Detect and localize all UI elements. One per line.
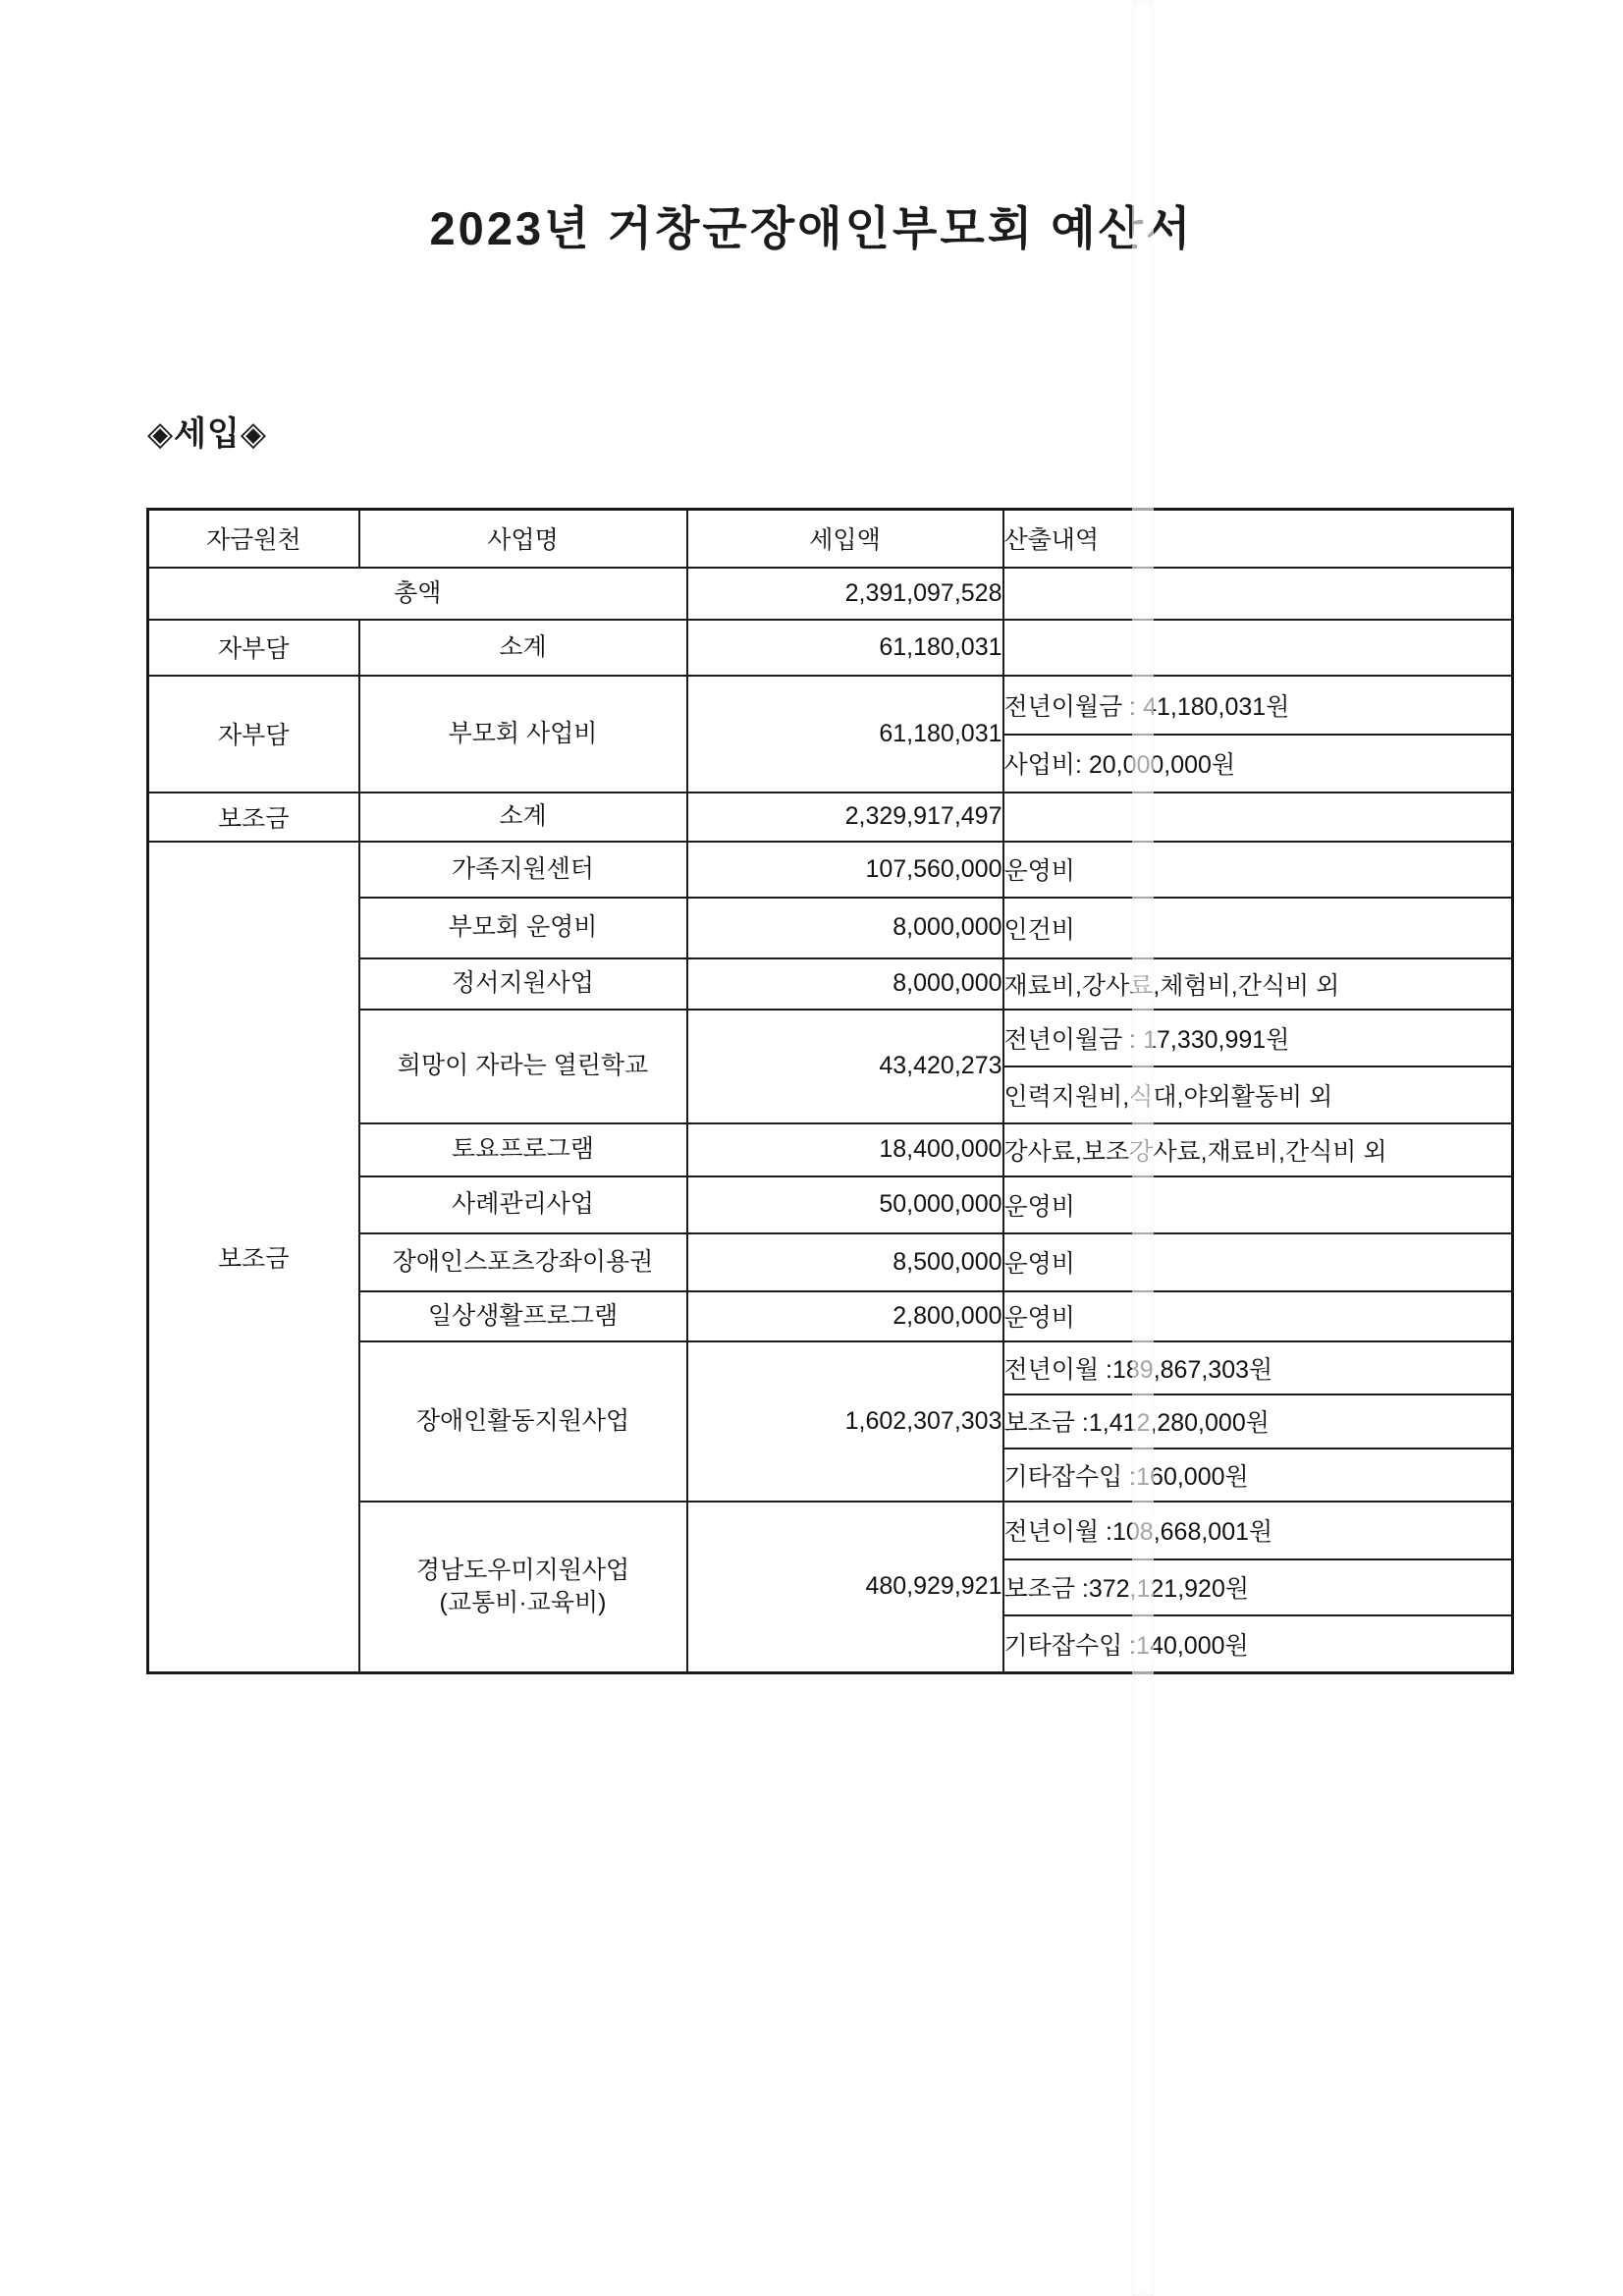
project-name-cell: 희망이 자라는 열린학교 <box>359 1010 687 1123</box>
table-header-row: 자금원천 사업명 세입액 산출내역 <box>148 510 1513 568</box>
detail-cell: 운영비 <box>1003 1233 1513 1291</box>
document-page: 2023년 거창군장애인부모회 예산서 ◈세입◈ 자금원천 사업명 세입액 산출… <box>0 0 1623 2296</box>
project-name-cell: 장애인스포츠강좌이용권 <box>359 1233 687 1291</box>
project-name-line1: 경남도우미지원사업 <box>360 1555 686 1587</box>
amount-cell: 50,000,000 <box>687 1176 1003 1233</box>
fund-source-cell-subsidy-group: 보조금 <box>148 842 359 1673</box>
amount-cell: 2,800,000 <box>687 1291 1003 1341</box>
fund-source-cell: 자부담 <box>148 620 359 676</box>
table-row-total: 총액 2,391,097,528 <box>148 568 1513 620</box>
amount-cell: 8,000,000 <box>687 958 1003 1010</box>
project-name-cell: 일상생활프로그램 <box>359 1291 687 1341</box>
amount-cell: 480,929,921 <box>687 1502 1003 1673</box>
amount-cell: 107,560,000 <box>687 842 1003 898</box>
table-row-parents-project: 자부담 부모회 사업비 61,180,031 전년이월금 : 41,180,03… <box>148 676 1513 735</box>
amount-cell: 2,391,097,528 <box>687 568 1003 620</box>
amount-cell: 8,000,000 <box>687 898 1003 958</box>
column-header-fund-source: 자금원천 <box>148 510 359 568</box>
project-name-cell: 경남도우미지원사업 (교통비·교육비) <box>359 1502 687 1673</box>
document-title: 2023년 거창군장애인부모회 예산서 <box>0 192 1623 258</box>
detail-cell: 기타잡수입 :140,000원 <box>1003 1615 1513 1673</box>
column-header-calculation-details: 산출내역 <box>1003 510 1513 568</box>
detail-cell: 인력지원비,식대,야외활동비 외 <box>1003 1066 1513 1123</box>
detail-cell: 운영비 <box>1003 842 1513 898</box>
detail-cell-empty <box>1003 620 1513 676</box>
project-name-cell: 사례관리사업 <box>359 1176 687 1233</box>
amount-cell: 61,180,031 <box>687 676 1003 793</box>
amount-cell: 1,602,307,303 <box>687 1341 1003 1502</box>
detail-cell: 전년이월 :189,867,303원 <box>1003 1341 1513 1394</box>
detail-cell: 기타잡수입 :160,000원 <box>1003 1449 1513 1502</box>
detail-cell-empty <box>1003 568 1513 620</box>
amount-cell: 8,500,000 <box>687 1233 1003 1291</box>
project-name-cell: 부모회 사업비 <box>359 676 687 793</box>
table-row-subtotal-self: 자부담 소계 61,180,031 <box>148 620 1513 676</box>
project-name-cell: 장애인활동지원사업 <box>359 1341 687 1502</box>
table-row-family-center: 보조금 가족지원센터 107,560,000 운영비 <box>148 842 1513 898</box>
detail-cell: 전년이월 :108,668,001원 <box>1003 1502 1513 1559</box>
detail-cell: 사업비: 20,000,000원 <box>1003 735 1513 793</box>
detail-cell: 보조금 :372,121,920원 <box>1003 1559 1513 1615</box>
detail-cell: 전년이월금 : 17,330,991원 <box>1003 1010 1513 1066</box>
revenue-table: 자금원천 사업명 세입액 산출내역 총액 2,391,097,528 자부담 소… <box>146 508 1514 1674</box>
detail-cell: 전년이월금 : 41,180,031원 <box>1003 676 1513 735</box>
column-header-revenue-amount: 세입액 <box>687 510 1003 568</box>
detail-cell: 운영비 <box>1003 1291 1513 1341</box>
amount-cell: 2,329,917,497 <box>687 793 1003 842</box>
project-name-line2: (교통비·교육비) <box>360 1587 686 1619</box>
project-name-cell: 가족지원센터 <box>359 842 687 898</box>
project-name-cell: 부모회 운영비 <box>359 898 687 958</box>
section-heading-revenue: ◈세입◈ <box>147 407 267 455</box>
project-name-cell: 소계 <box>359 793 687 842</box>
amount-cell: 43,420,273 <box>687 1010 1003 1123</box>
fund-source-cell: 보조금 <box>148 793 359 842</box>
fund-source-cell: 자부담 <box>148 676 359 793</box>
column-header-project-name: 사업명 <box>359 510 687 568</box>
amount-cell: 61,180,031 <box>687 620 1003 676</box>
detail-cell: 보조금 :1,412,280,000원 <box>1003 1394 1513 1449</box>
detail-cell: 인건비 <box>1003 898 1513 958</box>
detail-cell: 강사료,보조강사료,재료비,간식비 외 <box>1003 1123 1513 1176</box>
detail-cell: 재료비,강사료,체험비,간식비 외 <box>1003 958 1513 1010</box>
project-name-cell: 정서지원사업 <box>359 958 687 1010</box>
detail-cell: 운영비 <box>1003 1176 1513 1233</box>
project-name-cell: 토요프로그램 <box>359 1123 687 1176</box>
project-name-cell: 소계 <box>359 620 687 676</box>
amount-cell: 18,400,000 <box>687 1123 1003 1176</box>
table-row-subtotal-subsidy: 보조금 소계 2,329,917,497 <box>148 793 1513 842</box>
detail-cell-empty <box>1003 793 1513 842</box>
project-name-cell: 총액 <box>148 568 687 620</box>
